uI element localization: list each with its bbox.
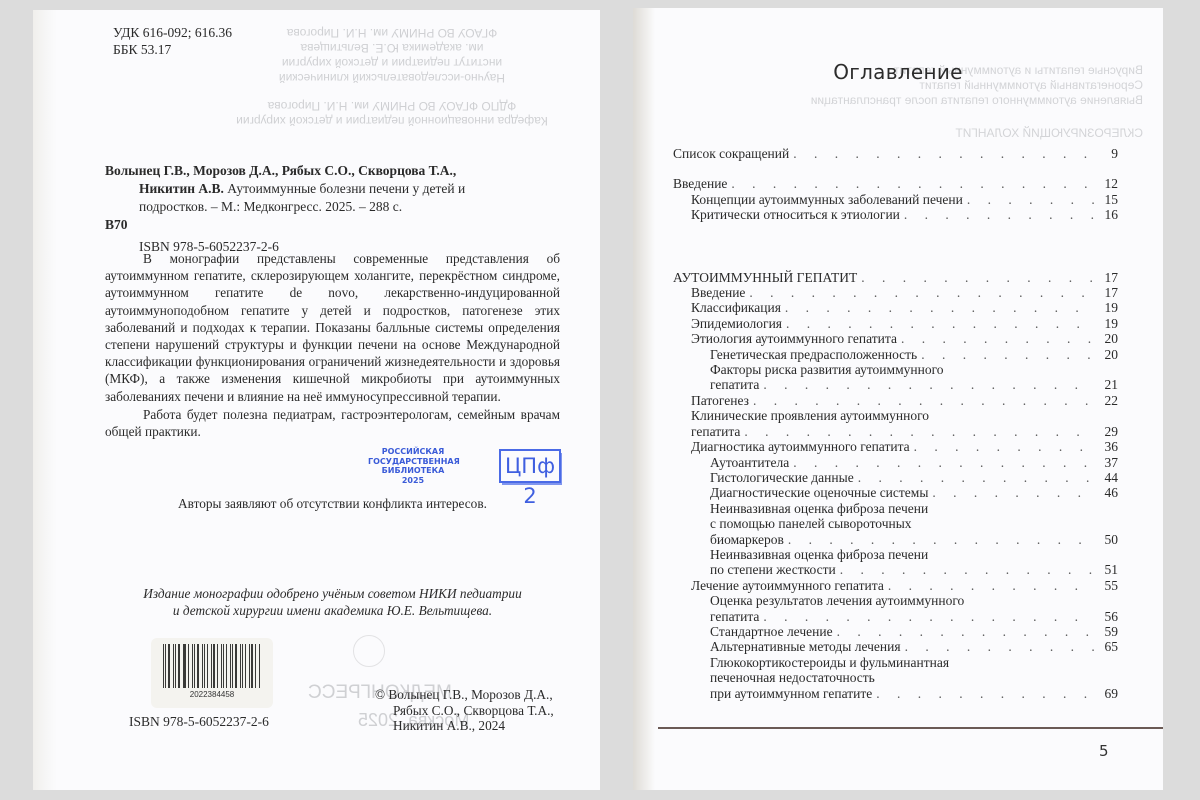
toc-entry: печеночная недостаточность	[673, 670, 1118, 685]
udk-code: УДК 616-092; 616.36	[113, 24, 232, 41]
toc-entry: биомаркеров50	[673, 532, 1118, 547]
copyright-line: Никитин А.В., 2024	[375, 718, 554, 734]
copyright-line: © Волынец Г.В., Морозов Д.А.,	[375, 687, 554, 703]
toc-entry-page: 17	[1094, 285, 1118, 300]
toc-entry-title: Неинвазивная оценка фиброза печени	[710, 501, 932, 516]
toc-leader-dots	[786, 316, 1094, 331]
toc-entry-page: 46	[1094, 485, 1118, 500]
toc-leader-dots	[731, 176, 1094, 191]
toc-entry: Генетическая предрасположенность20	[673, 347, 1118, 362]
toc-entry: Список сокращений9	[673, 146, 1118, 161]
authors-cont: Никитин А.В.	[139, 181, 224, 196]
toc-entry: Стандартное лечение59	[673, 624, 1118, 639]
toc-entry-title: с помощью панелей сывороточных	[710, 516, 916, 531]
toc-entry: при аутоиммунном гепатите69	[673, 686, 1118, 701]
toc-entry-page: 69	[1094, 686, 1118, 701]
toc-entry-title: гепатита	[710, 609, 763, 624]
council-approval: Издание монографии одобрено учёным совет…	[105, 585, 560, 619]
toc-entry-title: Генетическая предрасположенность	[710, 347, 921, 362]
toc-entry-page: 15	[1094, 192, 1118, 207]
toc-entry: Глюкокортикостероиды и фульминантная	[673, 655, 1118, 670]
classification-codes: УДК 616-092; 616.36 ББК 53.17	[113, 24, 232, 58]
toc-entry-page: 56	[1094, 609, 1118, 624]
toc-leader-dots	[763, 377, 1094, 392]
toc-leader-dots	[888, 578, 1094, 593]
toc-entry-title: Этиология аутоиммунного гепатита	[691, 331, 901, 346]
toc-entry-title: Патогенез	[691, 393, 753, 408]
right-page-contents: Вирусные гепатиты и аутоиммунный гепатит…	[633, 8, 1163, 790]
toc-entry: гепатита21	[673, 377, 1118, 392]
toc-entry: Клинические проявления аутоиммунного	[673, 408, 1118, 423]
toc-entry-page: 51	[1094, 562, 1118, 577]
toc-entry-title: биомаркеров	[710, 532, 788, 547]
toc-entry: Неинвазивная оценка фиброза печени	[673, 501, 1118, 516]
bbk-code: ББК 53.17	[113, 41, 232, 58]
toc-entry-title: Неинвазивная оценка фиброза печени	[710, 547, 932, 562]
toc-entry-page: 20	[1094, 331, 1118, 346]
toc-entry-page: 12	[1094, 176, 1118, 191]
toc-entry: с помощью панелей сывороточных	[673, 516, 1118, 531]
toc-entry-title: Лечение аутоиммунного гепатита	[691, 578, 888, 593]
abstract-paragraph: Работа будет полезна педиатрам, гастроэн…	[105, 406, 560, 440]
toc-entry-page: 65	[1094, 639, 1118, 654]
toc-entry-page: 37	[1094, 455, 1118, 470]
approval-line: и детской хирургии имени академика Ю.Е. …	[105, 602, 560, 619]
left-page-imprint: УДК 616-092; 616.36 ББК 53.17 Научно-исс…	[33, 10, 600, 790]
bleed-line: СКЛЕРОЗИРУЮЩИЙ ХОЛАНГИТ	[703, 126, 1143, 141]
toc-entry: АУТОИММУННЫЙ ГЕПАТИТ17	[673, 270, 1118, 285]
conflict-statement: Авторы заявляют об отсутствии конфликта …	[105, 496, 560, 512]
toc-entry: Классификация19	[673, 300, 1118, 315]
toc-entry-title: Эпидемиология	[691, 316, 786, 331]
toc-entry: Эпидемиология19	[673, 316, 1118, 331]
approval-line: Издание монографии одобрено учёным совет…	[105, 585, 560, 602]
toc-entry-page: 19	[1094, 316, 1118, 331]
toc-entry-title: Факторы риска развития аутоиммунного	[710, 362, 948, 377]
bibliographic-record: Волынец Г.В., Морозов Д.А., Рябых С.О., …	[105, 162, 560, 216]
bleed-line: ФДПО ФГАОУ ВО РНИМУ им. Н.И. Пирогова	[227, 98, 557, 113]
bleed-through-institute: Научно-исследовательский клинический инс…	[247, 25, 537, 85]
toc-entry: Этиология аутоиммунного гепатита20	[673, 331, 1118, 346]
isbn-bottom: ISBN 978-5-6052237-2-6	[129, 714, 269, 730]
toc-entry-title: Альтернативные методы лечения	[710, 639, 905, 654]
stamp-line: ГОСУДАРСТВЕННАЯ	[368, 457, 458, 467]
depository-stamp: ЦПф 2	[499, 449, 561, 483]
toc-entry-title: гепатита	[710, 377, 763, 392]
toc-entry: по степени жесткости51	[673, 562, 1118, 577]
toc-entry: Аутоантитела37	[673, 455, 1118, 470]
copyright-notice: © Волынец Г.В., Морозов Д.А., Рябых С.О.…	[375, 687, 554, 734]
library-stamp: РОССИЙСКАЯ ГОСУДАРСТВЕННАЯ БИБЛИОТЕКА 20…	[368, 447, 458, 485]
bleed-line: институт педиатрии и детской хирургии	[247, 55, 537, 70]
toc-leader-dots	[921, 347, 1094, 362]
bleed-through-logo-icon	[353, 635, 385, 667]
toc-entry: Диагностические оценочные системы46	[673, 485, 1118, 500]
book-title: Аутоиммунные болезни печени у детей и	[224, 181, 465, 196]
toc-entry-page: 22	[1094, 393, 1118, 408]
toc-entry: Диагностика аутоиммунного гепатита36	[673, 439, 1118, 454]
toc-leader-dots	[905, 639, 1094, 654]
bleed-line: Научно-исследовательский клинический	[247, 70, 537, 85]
toc-entry-page: 19	[1094, 300, 1118, 315]
table-of-contents: Список сокращений9Введение12Концепции ау…	[673, 146, 1118, 701]
abstract-paragraph: В монографии представлены современные пр…	[105, 250, 560, 405]
bleed-line: Кафедра инновационной педиатрии и детско…	[227, 113, 557, 128]
bleed-line: ФГАОУ ВО РНИМУ им. Н.И. Пирогова	[247, 25, 537, 40]
page-title: Оглавление	[633, 60, 1163, 84]
toc-entry-title: Аутоантитела	[710, 455, 793, 470]
toc-entry-page: 29	[1094, 424, 1118, 439]
toc-entry-title: при аутоиммунном гепатите	[710, 686, 876, 701]
toc-entry-title: Критически относиться к этиологии	[691, 207, 904, 222]
toc-entry-title: Концепции аутоиммунных заболеваний печен…	[691, 192, 967, 207]
toc-leader-dots	[763, 609, 1094, 624]
copyright-line: Рябых С.О., Скворцова Т.А.,	[375, 703, 554, 719]
toc-leader-dots	[793, 455, 1094, 470]
toc-entry: Оценка результатов лечения аутоиммунного	[673, 593, 1118, 608]
toc-entry-title: Оценка результатов лечения аутоиммунного	[710, 593, 968, 608]
toc-entry: Альтернативные методы лечения65	[673, 639, 1118, 654]
bleed-line: им. академика Ю.Е. Вельтищева	[247, 40, 537, 55]
toc-leader-dots	[876, 686, 1094, 701]
toc-entry: Критически относиться к этиологии16	[673, 207, 1118, 222]
toc-entry-page: 55	[1094, 578, 1118, 593]
toc-leader-dots	[904, 207, 1094, 222]
barcode-icon	[163, 644, 261, 688]
toc-leader-dots	[793, 146, 1094, 161]
toc-leader-dots	[749, 285, 1094, 300]
stamp-line: РОССИЙСКАЯ	[368, 447, 458, 457]
page-number: 5	[1099, 742, 1109, 760]
bleed-through-department: Кафедра инновационной педиатрии и детско…	[227, 98, 557, 128]
toc-entry: Гистологические данные44	[673, 470, 1118, 485]
toc-leader-dots	[858, 470, 1094, 485]
toc-entry-title: Введение	[691, 285, 749, 300]
toc-entry-title: Диагностические оценочные системы	[710, 485, 932, 500]
toc-entry: Патогенез22	[673, 393, 1118, 408]
toc-leader-dots	[788, 532, 1094, 547]
bleed-line: Выявление аутоиммунного гепатита после т…	[703, 93, 1143, 108]
toc-leader-dots	[837, 624, 1094, 639]
author-mark-code: В70	[105, 216, 128, 234]
toc-entry: гепатита56	[673, 609, 1118, 624]
authors: Волынец Г.В., Морозов Д.А., Рябых С.О., …	[105, 163, 456, 178]
toc-entry-page: 20	[1094, 347, 1118, 362]
toc-entry-title: Глюкокортикостероиды и фульминантная	[710, 655, 953, 670]
toc-leader-dots	[840, 562, 1094, 577]
toc-entry-page: 17	[1094, 270, 1118, 285]
toc-leader-dots	[861, 270, 1094, 285]
barcode-number: 2022384458	[151, 690, 273, 699]
toc-entry-page: 9	[1094, 146, 1118, 161]
toc-entry: Неинвазивная оценка фиброза печени	[673, 547, 1118, 562]
toc-entry: Введение12	[673, 176, 1118, 191]
toc-leader-dots	[901, 331, 1094, 346]
toc-entry-page: 44	[1094, 470, 1118, 485]
toc-entry: Факторы риска развития аутоиммунного	[673, 362, 1118, 377]
toc-leader-dots	[914, 439, 1094, 454]
toc-entry-title: Список сокращений	[673, 146, 793, 161]
toc-entry-page: 36	[1094, 439, 1118, 454]
toc-entry-title: АУТОИММУННЫЙ ГЕПАТИТ	[673, 270, 861, 285]
toc-entry-page: 21	[1094, 377, 1118, 392]
barcode-sticker: 2022384458	[151, 638, 273, 708]
toc-leader-dots	[785, 300, 1094, 315]
toc-entry-title: Классификация	[691, 300, 785, 315]
abstract: В монографии представлены современные пр…	[105, 250, 560, 440]
stamp-line: БИБЛИОТЕКА	[368, 466, 458, 476]
toc-entry-title: печеночная недостаточность	[710, 670, 879, 685]
toc-entry-title: по степени жесткости	[710, 562, 840, 577]
toc-entry-title: Введение	[673, 176, 731, 191]
toc-entry: Введение17	[673, 285, 1118, 300]
toc-leader-dots	[753, 393, 1094, 408]
toc-entry: гепатита29	[673, 424, 1118, 439]
toc-leader-dots	[967, 192, 1094, 207]
toc-leader-dots	[744, 424, 1094, 439]
toc-leader-dots	[932, 485, 1094, 500]
footer-rule	[658, 727, 1163, 729]
toc-entry: Концепции аутоиммунных заболеваний печен…	[673, 192, 1118, 207]
stamp-line: 2025	[368, 476, 458, 486]
toc-entry-title: гепатита	[691, 424, 744, 439]
toc-entry-title: Стандартное лечение	[710, 624, 837, 639]
toc-entry-title: Диагностика аутоиммунного гепатита	[691, 439, 914, 454]
toc-entry-title: Гистологические данные	[710, 470, 858, 485]
toc-entry-page: 50	[1094, 532, 1118, 547]
toc-entry: Лечение аутоиммунного гепатита55	[673, 578, 1118, 593]
toc-entry-page: 59	[1094, 624, 1118, 639]
publication-info: подростков. – М.: Медконгресс. 2025. – 2…	[105, 198, 560, 216]
toc-entry-page: 16	[1094, 207, 1118, 222]
toc-entry-title: Клинические проявления аутоиммунного	[691, 408, 933, 423]
